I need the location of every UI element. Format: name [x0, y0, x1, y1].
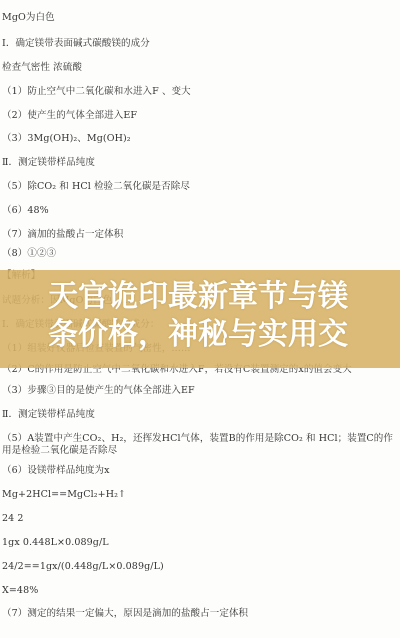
doc-line: Ⅰ．确定镁带表面碱式碳酸镁的成分 — [2, 38, 150, 50]
doc-line: （8）①②③ — [2, 248, 56, 260]
doc-line: （1）防止空气中二氧化碳和水进入F 、变大 — [2, 86, 191, 98]
equation-line: 1gx 0.448L×0.089g/L — [2, 537, 109, 549]
equation-line: 24 2 — [2, 513, 24, 525]
equation-line: Mg+2HCl==MgCl₂+H₂↑ — [2, 489, 126, 501]
doc-line: Ⅱ．测定镁带样品纯度 — [2, 157, 95, 169]
doc-line: （6）48% — [2, 205, 49, 217]
doc-line: （2）使产生的气体全部进入EF — [2, 110, 137, 122]
equation-line: 24/2==1gx/(0.448g/L×0.089g/L) — [2, 561, 164, 573]
doc-line: 检查气密性 浓硫酸 — [2, 62, 82, 74]
doc-line: （3）步骤③目的是使产生的气体全部进入EF — [2, 385, 195, 397]
banner-title: 天官诡印最新章节与镁 条价格，神秘与实用交 — [48, 278, 400, 354]
doc-line: （7）滴加的盐酸占一定体积 — [2, 229, 123, 241]
banner-title-line-1: 天官诡印最新章节与镁 — [48, 278, 400, 316]
doc-line: （5）除CO₂ 和 HCl 检验二氧化碳是否除尽 — [2, 181, 190, 193]
doc-line: （7）测定的结果一定偏大，原因是滴加的盐酸占一定体积 — [2, 608, 248, 620]
banner-title-line-2: 条价格，神秘与实用交 — [48, 316, 400, 354]
doc-line: （5）A装置中产生CO₂、H₂，还挥发HCl气体，装置B的作用是除CO₂ 和 H… — [2, 433, 398, 457]
doc-line: （6）设镁带样品纯度为x — [2, 465, 110, 477]
doc-line: MgO为白色 — [2, 12, 55, 24]
doc-line: Ⅱ．测定镁带样品纯度 — [2, 409, 95, 421]
equation-line: X=48% — [2, 585, 38, 597]
doc-line: （3）3Mg(OH)₂、Mg(OH)₂ — [2, 133, 131, 145]
